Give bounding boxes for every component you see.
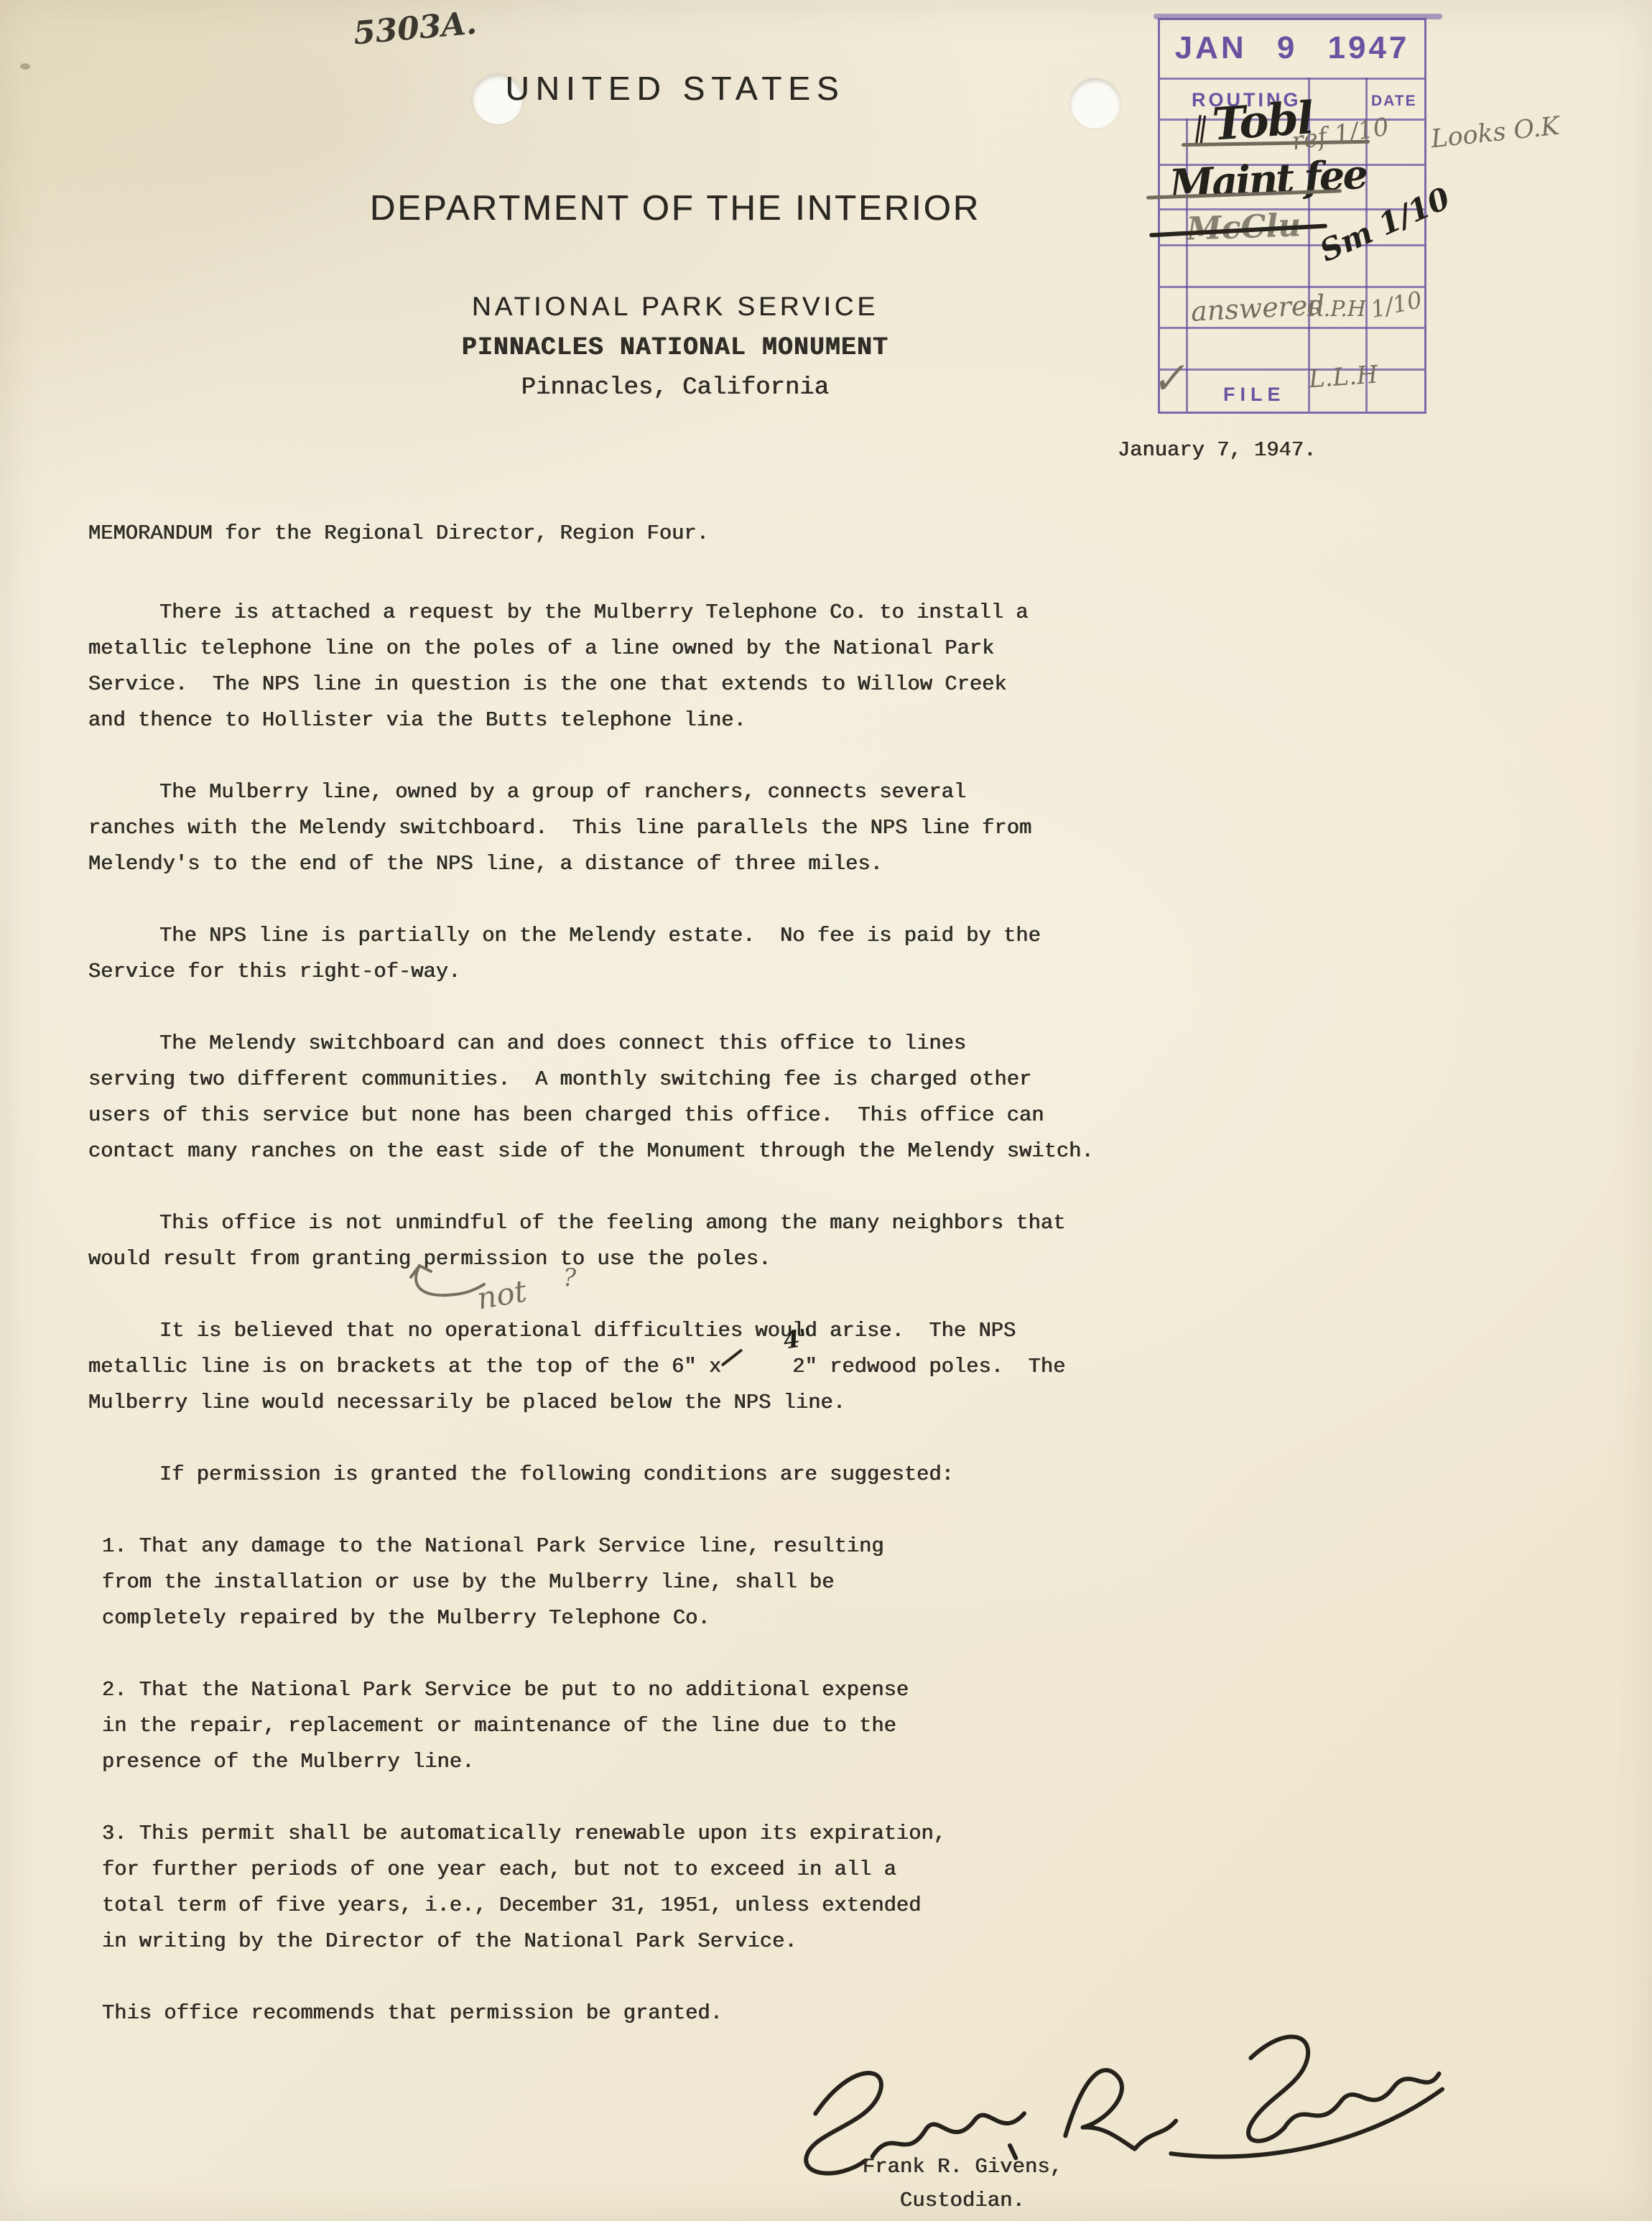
letterhead-country: UNITED STATES [208,69,1142,108]
handwritten-question-mark: ? [563,1266,576,1290]
stamp-date-label: DATE [1371,93,1417,110]
paragraph-4: The Melendy switchboard can and does con… [88,1026,1194,1169]
stamp-grid-line [1160,327,1424,329]
margin-note-looks-ok: Looks O.K [1430,114,1561,153]
memo-body: MEMORANDUM for the Regional Director, Re… [88,516,1194,2031]
condition-item-3: 3. This permit shall be automatically re… [102,1816,1194,1960]
stamp-grid-line [1160,78,1424,80]
typed-date-line: January 7, 1947. [1118,438,1317,462]
handwritten-file-checkmark: ✓ [1149,356,1187,401]
stamp-received-date: JAN 9 1947 [1160,30,1424,66]
letterhead-bureau: NATIONAL PARK SERVICE [208,292,1142,322]
typed-pole-size: 2" [792,1355,817,1378]
paragraph-7: If permission is granted the following c… [88,1457,1194,1493]
handwritten-answered-initials: R.P.H [1307,299,1366,320]
letterhead-department: DEPARTMENT OF THE INTERIOR [208,188,1142,228]
condition-item-2: 2. That the National Park Service be put… [102,1672,1194,1780]
typed-signature-title: Custodian. [851,2184,1074,2217]
stamp-grid-line [1160,368,1424,371]
condition-item-1: 1. That any damage to the National Park … [102,1529,1194,1636]
paragraph-6: It is believed that no operational diffi… [88,1313,1194,1421]
handwritten-answered: answered [1190,291,1325,325]
stamp-grid-line [1160,286,1424,288]
memo-heading: MEMORANDUM for the Regional Director, Re… [88,516,1194,552]
scan-blemish [20,63,30,70]
handwritten-not-query: not [475,1276,529,1314]
pole-size-correction: 4"2" [721,1349,817,1385]
typed-signature-name: Frank R. Givens, [851,2150,1074,2184]
scanned-memo-page: 5303A. UNITED STATES DEPARTMENT OF THE I… [0,0,1652,2221]
typed-signature-block: Frank R. Givens, Custodian. [851,2150,1074,2217]
not-query-annotation: not ? [399,1250,629,1329]
letterhead-location: Pinnacles, California [208,374,1142,402]
paragraph-1: There is attached a request by the Mulbe… [88,595,1194,738]
paragraph-5: This office is not unmindful of the feel… [88,1205,1194,1277]
letterhead-monument: PINNACLES NATIONAL MONUMENT [208,333,1142,362]
corner-file-number: 5303A. [352,8,478,50]
handwritten-file-initials: L.L.H [1308,363,1379,392]
paragraph-3: The NPS line is partially on the Melendy… [88,918,1194,990]
paragraph-2: The Mulberry line, owned by a group of r… [88,774,1194,882]
stamp-file-label: FILE [1223,384,1286,406]
